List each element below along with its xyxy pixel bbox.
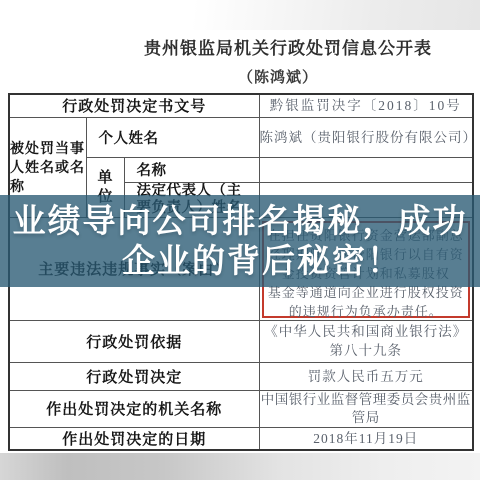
- personal-name-label-cell: 个人姓名: [86, 117, 259, 157]
- headline-overlay-banner: 业绩导向公司排名揭秘，成功 企业的背后秘密！: [0, 195, 480, 287]
- table-row: 行政处罚决定书文号 黔银监罚决字〔2018〕10号: [9, 94, 473, 117]
- basis-value-cell: 《中华人民共和国商业银行法》 第八十九条: [259, 320, 473, 362]
- screenshot-root: 贵州银监局机关行政处罚信息公开表 （陈鸿斌） 行政处罚决定书文号 黔银监罚决字〔…: [0, 0, 480, 480]
- bottom-gray-strip: [0, 453, 480, 480]
- date-value-cell: 2018年11月19日: [259, 427, 473, 450]
- headline-line-1: 业绩导向公司排名揭秘，成功: [0, 201, 480, 241]
- unit-name-label-cell: 名称: [124, 157, 259, 182]
- table-row: 被处罚当事人姓名或名称 个人姓名 陈鸿斌（贵阳银行股份有限公司）: [9, 117, 473, 157]
- authority-value-cell: 中国银行业监督管理委员会贵州监管局: [259, 390, 473, 427]
- headline-line-2: 企业的背后秘密！: [22, 241, 480, 281]
- page-title: 贵州银监局机关行政处罚信息公开表: [48, 34, 480, 59]
- decision-value-cell: 罚款人民币五万元: [259, 362, 473, 390]
- unit-name-value-cell: [259, 157, 473, 182]
- date-label-cell: 作出处罚决定的日期: [9, 427, 259, 450]
- basis-label-cell: 行政处罚依据: [9, 320, 259, 362]
- doc-no-label-cell: 行政处罚决定书文号: [9, 94, 259, 117]
- table-row: 作出处罚决定的日期 2018年11月19日: [9, 427, 473, 450]
- basis-line-2: 第八十九条: [260, 341, 473, 360]
- table-row: 行政处罚依据 《中华人民共和国商业银行法》 第八十九条: [9, 320, 473, 362]
- basis-line-1: 《中华人民共和国商业银行法》: [260, 322, 473, 341]
- doc-no-value-cell: 黔银监罚决字〔2018〕10号: [259, 94, 473, 117]
- personal-name-value-cell: 陈鸿斌（贵阳银行股份有限公司）: [259, 117, 473, 157]
- page-subtitle: （陈鸿斌）: [38, 66, 480, 87]
- table-row: 行政处罚决定 罚款人民币五万元: [9, 362, 473, 390]
- table-row: 作出处罚决定的机关名称 中国银行业监督管理委员会贵州监管局: [9, 390, 473, 427]
- decision-label-cell: 行政处罚决定: [9, 362, 259, 390]
- authority-label-cell: 作出处罚决定的机关名称: [9, 390, 259, 427]
- top-gray-wash: [0, 0, 480, 30]
- violation-line: 的违规行为负承办责任。: [289, 302, 443, 321]
